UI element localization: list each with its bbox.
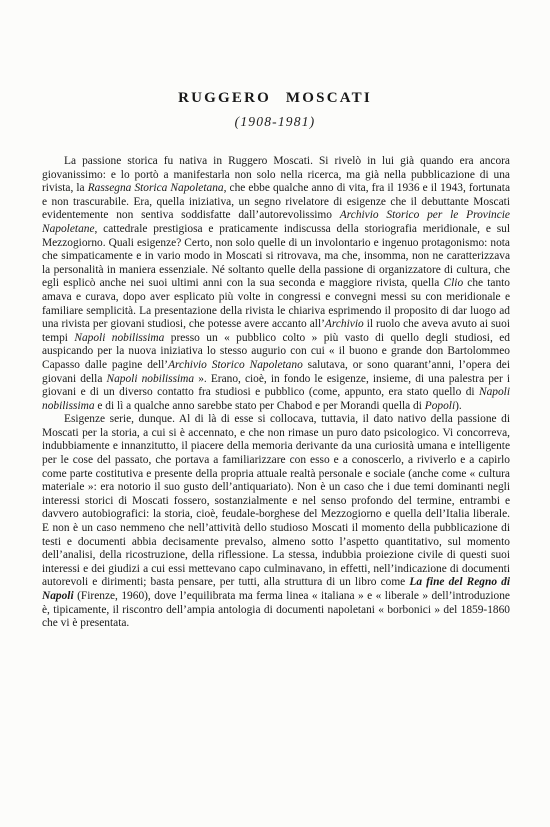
page-subtitle: (1908-1981) — [0, 114, 550, 130]
paragraph: Esigenze serie, dunque. Al di là di esse… — [42, 413, 510, 631]
text-segment: (Firenze, 1960), dove l’equilibrata ma f… — [42, 590, 510, 629]
text-segment: Popoli — [425, 400, 455, 412]
text-segment: Clio — [444, 277, 464, 289]
text-segment: ). — [455, 400, 462, 412]
text-segment: Archivio — [325, 318, 364, 330]
text-segment: Napoli nobilissima — [106, 373, 194, 385]
page-title: RUGGERO MOSCATI — [0, 90, 550, 107]
text-segment: Archivio Storico Napoletano — [168, 359, 303, 371]
text-segment: , cattedrale prestigiosa e praticamente … — [42, 223, 510, 289]
paragraph: La passione storica fu nativa in Ruggero… — [42, 155, 510, 413]
document-body: La passione storica fu nativa in Ruggero… — [42, 155, 510, 631]
text-segment: Rassegna Storica Napoletana — [88, 182, 224, 194]
text-segment: Esigenze serie, dunque. Al di là di esse… — [42, 413, 510, 588]
text-segment: e di lì a qualche anno sarebbe stato per… — [95, 400, 425, 412]
document-page: RUGGERO MOSCATI (1908-1981) La passione … — [0, 0, 550, 827]
text-segment: Napoli nobilissima — [74, 332, 164, 344]
